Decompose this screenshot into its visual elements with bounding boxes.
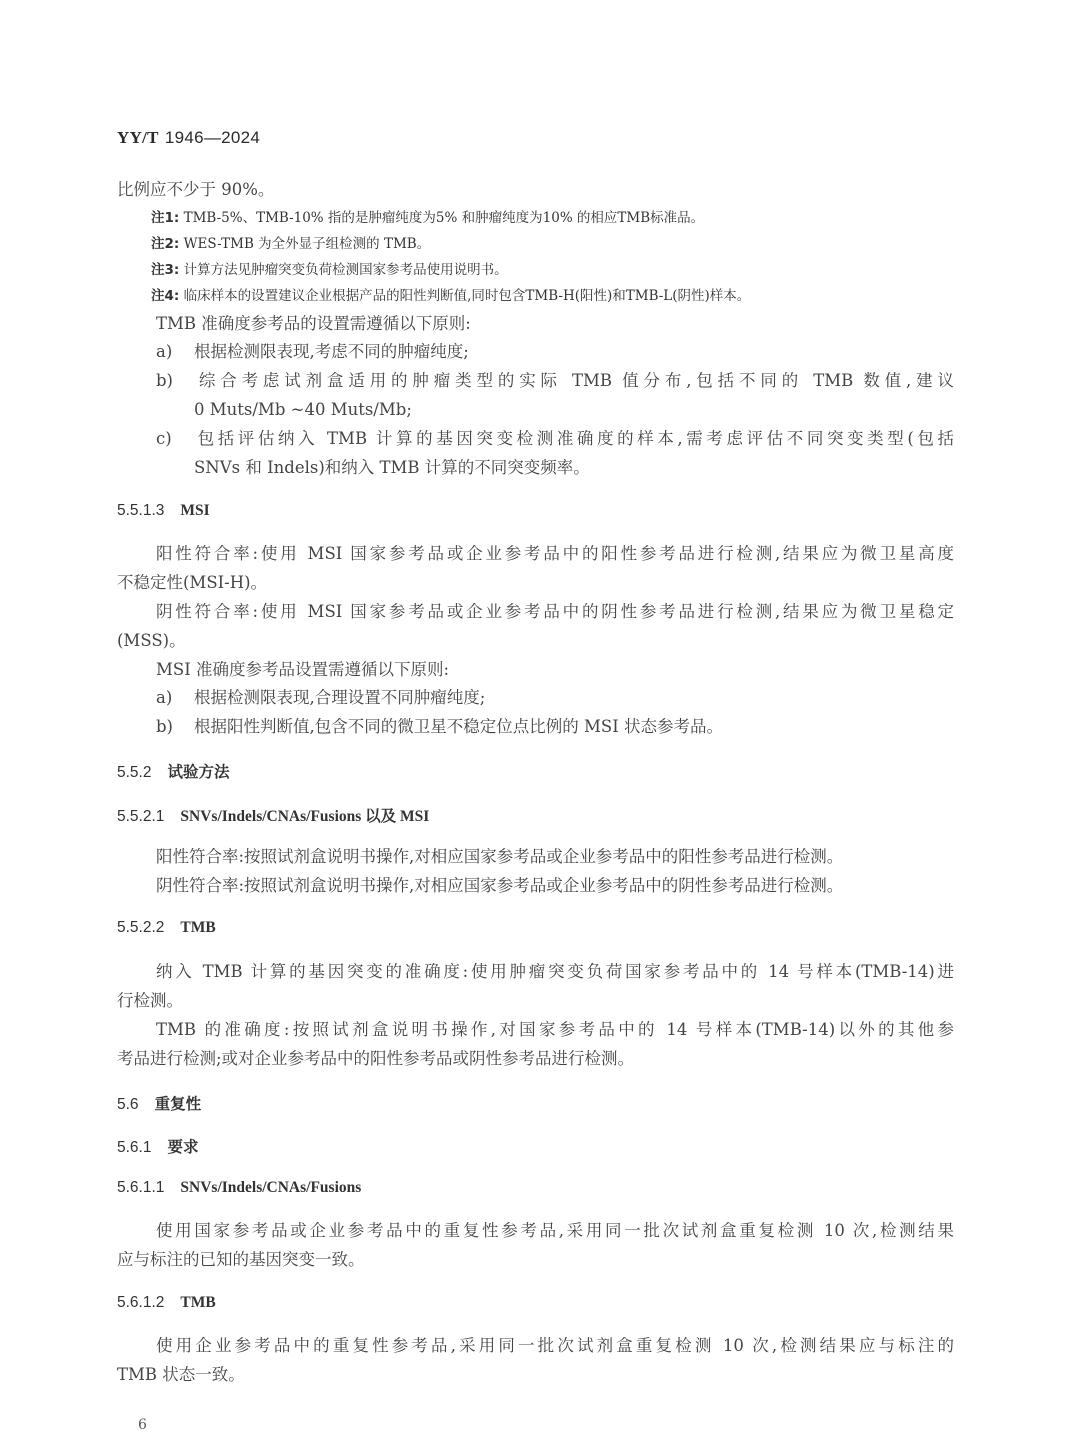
section-heading-5513: 5.5.1.3MSI bbox=[117, 501, 210, 520]
list-item-c: c)包括评估纳入 TMB 计算的基因突变检测准确度的样本,需考虑评估不同突变类型… bbox=[156, 429, 954, 449]
repeatability-para-2: 使用企业参考品中的重复性参考品,采用同一批次试剂盒重复检测 10 次,检测结果应… bbox=[156, 1336, 954, 1356]
list-item-b: b)综合考虑试剂盒适用的肿瘤类型的实际 TMB 值分布,包括不同的 TMB 数值… bbox=[156, 371, 954, 391]
note-label: 注2: bbox=[151, 236, 179, 252]
list-item-c-cont: SNVs 和 Indels)和纳入 TMB 计算的不同突变频率。 bbox=[194, 458, 590, 478]
note-label: 注4: bbox=[151, 288, 179, 304]
method-negative-para: 阴性符合率:按照试剂盒说明书操作,对相应国家参考品或企业参考品中的阴性参考品进行… bbox=[156, 876, 843, 896]
msi-negative-para-cont: (MSS)。 bbox=[117, 631, 186, 651]
section-heading-5522: 5.5.2.2TMB bbox=[117, 918, 216, 937]
msi-list-item-a: a)根据检测限表现,合理设置不同肿瘤纯度; bbox=[156, 688, 485, 708]
list-item-b-cont: 0 Muts/Mb ~40 Muts/Mb; bbox=[194, 400, 412, 420]
page-number: 6 bbox=[138, 1417, 147, 1433]
standard-code: YY/T bbox=[117, 128, 159, 147]
repeatability-para-1-cont: 应与标注的已知的基因突变一致。 bbox=[117, 1250, 365, 1270]
note-1: 注1: TMB-5%、TMB-10% 指的是肿瘤纯度为5% 和肿瘤纯度为10% … bbox=[151, 208, 704, 228]
section-heading-561: 5.6.1要求 bbox=[117, 1135, 199, 1157]
standard-header: YY/T1946—2024 bbox=[117, 128, 260, 148]
msi-principles-intro: MSI 准确度参考品设置需遵循以下原则: bbox=[156, 660, 449, 680]
tmb-method-para-2: TMB 的准确度:按照试剂盒说明书操作,对国家参考品中的 14 号样本(TMB-… bbox=[156, 1020, 954, 1040]
document-page: YY/T1946—2024 比例应不少于 90%。 注1: TMB-5%、TMB… bbox=[0, 0, 1080, 1447]
note-label: 注1: bbox=[151, 210, 179, 226]
paragraph-continuation: 比例应不少于 90%。 bbox=[117, 180, 274, 200]
repeatability-para-2-cont: TMB 状态一致。 bbox=[117, 1365, 245, 1385]
msi-positive-para-cont: 不稳定性(MSI-H)。 bbox=[117, 573, 267, 593]
note-3: 注3: 计算方法见肿瘤突变负荷检测国家参考品使用说明书。 bbox=[151, 260, 508, 280]
tmb-method-para-1: 纳入 TMB 计算的基因突变的准确度:使用肿瘤突变负荷国家参考品中的 14 号样… bbox=[156, 962, 954, 982]
msi-list-item-b: b)根据阳性判断值,包含不同的微卫星不稳定位点比例的 MSI 状态参考品。 bbox=[156, 717, 723, 737]
tmb-method-para-2-cont: 考品进行检测;或对企业参考品中的阳性参考品或阴性参考品进行检测。 bbox=[117, 1049, 634, 1069]
section-heading-5521: 5.5.2.1SNVs/Indels/CNAs/Fusions 以及 MSI bbox=[117, 804, 429, 826]
note-4: 注4: 临床样本的设置建议企业根据产品的阳性判断值,同时包含TMB-H(阳性)和… bbox=[151, 286, 750, 306]
tmb-principles-intro: TMB 准确度参考品的设置需遵循以下原则: bbox=[156, 314, 471, 334]
list-item-a: a)根据检测限表现,考虑不同的肿瘤纯度; bbox=[156, 342, 469, 362]
standard-number: 1946—2024 bbox=[165, 128, 260, 147]
note-2: 注2: WES-TMB 为全外显子组检测的 TMB。 bbox=[151, 234, 430, 254]
tmb-method-para-1-cont: 行检测。 bbox=[117, 991, 183, 1011]
section-heading-56: 5.6重复性 bbox=[117, 1092, 201, 1114]
section-heading-552: 5.5.2试验方法 bbox=[117, 760, 230, 782]
msi-negative-para: 阴性符合率:使用 MSI 国家参考品或企业参考品中的阴性参考品进行检测,结果应为… bbox=[156, 602, 954, 622]
section-heading-5612: 5.6.1.2TMB bbox=[117, 1293, 216, 1312]
repeatability-para-1: 使用国家参考品或企业参考品中的重复性参考品,采用同一批次试剂盒重复检测 10 次… bbox=[156, 1221, 954, 1241]
method-positive-para: 阳性符合率:按照试剂盒说明书操作,对相应国家参考品或企业参考品中的阳性参考品进行… bbox=[156, 847, 843, 867]
section-heading-5611: 5.6.1.1SNVs/Indels/CNAs/Fusions bbox=[117, 1178, 361, 1197]
msi-positive-para: 阳性符合率:使用 MSI 国家参考品或企业参考品中的阳性参考品进行检测,结果应为… bbox=[156, 544, 954, 564]
note-label: 注3: bbox=[151, 262, 179, 278]
